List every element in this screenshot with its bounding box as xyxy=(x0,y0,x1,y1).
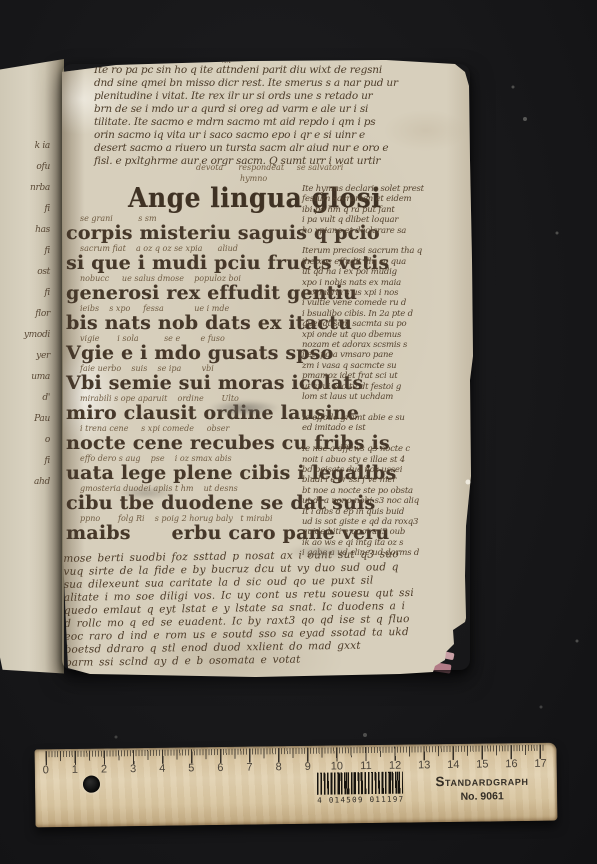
commentary-line: noit i abuo sty e illae st 4 xyxy=(302,455,470,465)
commentary-line: xpi onde ut quo dbemus xyxy=(302,330,470,340)
commentary-line: ibi po hm q ra put fant xyxy=(302,205,470,215)
edge-text-fragment: ofu xyxy=(36,163,50,172)
barcode-digits: 4 014509 011197 xyxy=(317,795,403,805)
ruler-number: 10 xyxy=(328,760,346,772)
commentary-line: i pa vult q dlibet loquar xyxy=(302,215,470,225)
facing-page-text-fragments: k iaofunrbafihasfiostfiflorymodiyerumad'… xyxy=(24,142,50,487)
ruler-number: 5 xyxy=(182,762,200,774)
edge-text-fragment: fi xyxy=(44,205,50,214)
ruler-number: 3 xyxy=(124,763,142,775)
edge-text-fragment: has xyxy=(35,226,50,235)
rubric-gloss-line: devota respondeat se salvatori xyxy=(196,163,343,172)
commentary-line: Ite ro pa pc sin ho q ite attndeni parit… xyxy=(94,64,466,77)
ruler-number: 12 xyxy=(386,760,404,772)
ruler-number: 17 xyxy=(532,758,550,770)
edge-text-fragment: fi xyxy=(44,289,50,298)
commentary-line: Ite hymns declaris solet prest xyxy=(302,184,470,194)
commentary-line: ut dt a nono nobi s3 noc aliq xyxy=(302,496,470,506)
marginal-commentary-column: Ite hymns declaris solet prestfestum sac… xyxy=(302,184,470,559)
commentary-line: festum sacramen et eidem xyxy=(302,194,470,204)
ink-smudge xyxy=(116,486,176,500)
ruler-number: 15 xyxy=(473,758,491,770)
edge-text-fragment: nrba xyxy=(30,184,50,193)
barcode xyxy=(317,772,403,795)
commentary-line: plenitudine i vitat. Ite rex ilr ur si o… xyxy=(94,90,466,103)
ruler-number: 13 xyxy=(415,759,433,771)
edge-text-fragment: flor xyxy=(35,310,50,319)
ruler-number: 6 xyxy=(211,762,229,774)
edge-text-fragment: ymodi xyxy=(24,331,50,340)
edge-text-fragment: fi xyxy=(44,457,50,466)
edge-text-fragment: d' xyxy=(42,394,50,403)
commentary-line: i et. po a vmsaro pane xyxy=(302,350,470,360)
commentary-line: pmamoz idet frat sci ut xyxy=(302,371,470,381)
ruler-number: 8 xyxy=(270,761,288,773)
commentary-line: quide biti e quot a i3 oub xyxy=(302,527,470,537)
commentary-line: xpo i nobis nats ex maia xyxy=(302,278,470,288)
commentary-line: nozam et adorax scsmis s xyxy=(302,340,470,350)
ruler-hanging-hole xyxy=(83,776,100,793)
edge-text-fragment: yer xyxy=(36,352,50,361)
edge-text-fragment: o xyxy=(45,436,50,445)
ruler-model-number: No. 9061 xyxy=(413,790,551,804)
commentary-line: ut qd ha i ex poi mudig xyxy=(302,267,470,277)
commentary-line: ut spui sco tu dt festoi g xyxy=(302,382,470,392)
manuscript-page: xx Ite ro pa pc sin ho q ite attndeni pa… xyxy=(56,56,476,678)
bottom-commentary-paragraph: mose berti suodbi foz ssttad p nosat ax … xyxy=(63,547,471,670)
commentary-line: orin sacmo iq vita ur i saco sacmo epo i… xyxy=(94,129,466,142)
ink-smudge xyxy=(286,544,356,560)
commentary-line: desert sacmo a riuero un tursta sacm alr… xyxy=(94,142,466,155)
commentary-line: tilitate. Ite sacmo e mdrn sacmo mt aid … xyxy=(94,116,466,129)
edge-text-fragment: fi xyxy=(44,247,50,256)
commentary-line: ud is sot giste e qd da roxq3 xyxy=(302,517,470,527)
ink-smudge xyxy=(208,400,280,416)
commentary-line: i vultie vene comede ru d xyxy=(302,298,470,308)
commentary-line: ho xpiano et declarare sa xyxy=(302,226,470,236)
edge-text-fragment: ahd xyxy=(34,478,50,487)
edge-text-fragment: Pau xyxy=(34,415,50,424)
ruler-number: 9 xyxy=(299,761,317,773)
commentary-line: bd beisats due noz ussei xyxy=(302,465,470,475)
commentary-line xyxy=(302,434,470,444)
commentary-line xyxy=(302,236,470,246)
commentary-line: bt noe a nocte ste po obsta xyxy=(302,486,470,496)
ruler-number: 4 xyxy=(153,763,171,775)
commentary-line: i bsualibo cibis. In 2a pte d xyxy=(302,309,470,319)
commentary-line: Ic effode gramt abie e su xyxy=(302,413,470,423)
commentary-line: brn de se i mdo ur a qurd si oreg ad var… xyxy=(94,103,466,116)
ruler-number: 16 xyxy=(502,758,520,770)
ruler-number: 0 xyxy=(37,764,55,776)
commentary-line: ihe xpe effudit illu sa qua xyxy=(302,257,470,267)
dust-specks xyxy=(0,0,2,2)
commentary-line xyxy=(302,403,470,413)
photograph-background: k iaofunrbafihasfiostfiflorymodiyerumad'… xyxy=(0,0,597,864)
commentary-line: bludi i e er ssi f ve mer xyxy=(302,475,470,485)
ruler-brand-name: Standardgraph xyxy=(413,773,551,790)
commentary-line: It i dibs d ep in quis buid xyxy=(302,507,470,517)
ruler-number: 11 xyxy=(357,760,375,772)
edge-text-fragment: ost xyxy=(37,268,50,277)
edge-text-fragment: k ia xyxy=(35,142,50,151)
commentary-line: Ie noe a dffews q3 nocte c xyxy=(302,444,470,454)
ruler-number: 1 xyxy=(66,764,84,776)
commentary-line: ed imitado e ist xyxy=(302,423,470,433)
top-commentary-paragraph: Ite ro pa pc sin ho q ite attndeni parit… xyxy=(94,64,466,168)
commentary-line: dnd sine qmei bn misso dicr rest. Ite sm… xyxy=(94,77,466,90)
ruler-brand-group: Standardgraph No. 9061 xyxy=(413,773,551,804)
facing-page-edge: k iaofunrbafihasfiostfiflorymodiyerumad'… xyxy=(0,54,64,676)
commentary-line: i ex maria s us xpi i nos xyxy=(302,288,470,298)
commentary-line: lom st laus ut uchdam xyxy=(302,392,470,402)
edge-text-fragment: uma xyxy=(31,373,50,382)
ruler-number: 2 xyxy=(95,763,113,775)
ruler-number: 7 xyxy=(240,761,258,773)
barcode-group: 4 014509 011197 xyxy=(317,772,403,805)
ruler: 01234567891011121314151617 4 014509 0111… xyxy=(35,743,558,828)
ruler-number: 14 xyxy=(444,759,462,771)
commentary-line: Iterum preciosi sacrum tha q xyxy=(302,246,470,256)
commentary-line: zm i vasa q sacmcte su xyxy=(302,361,470,371)
commentary-line: quebat scm sacmta su po xyxy=(302,319,470,329)
